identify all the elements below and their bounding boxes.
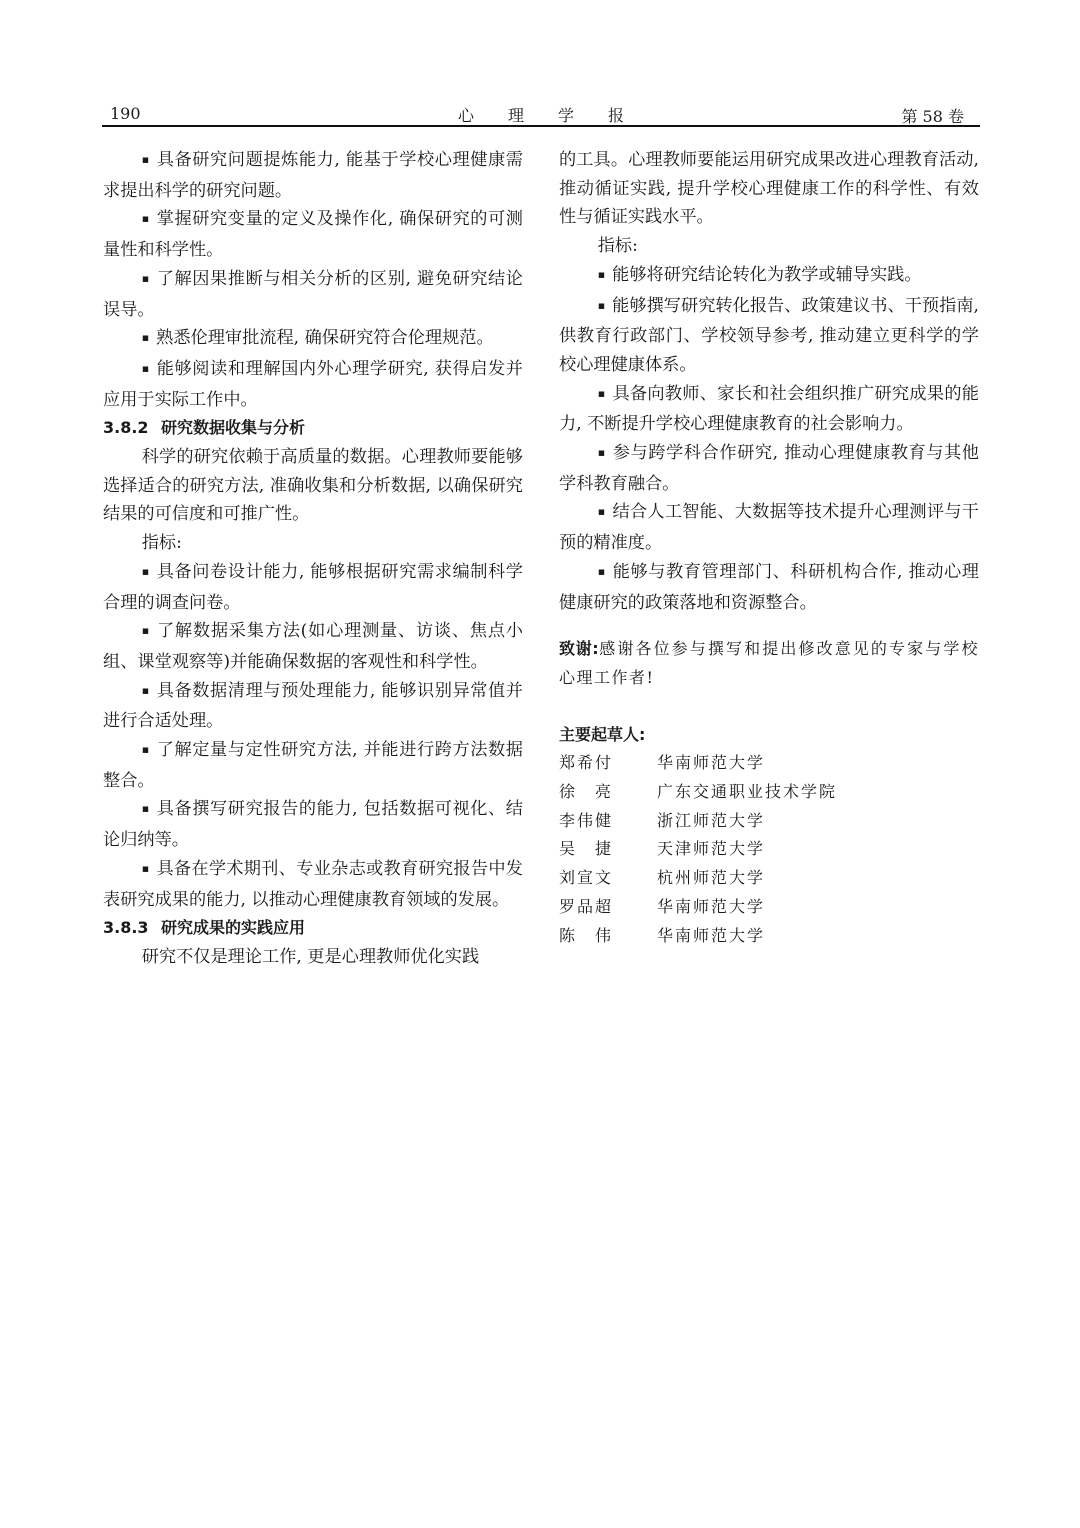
right-column: 的工具。心理教师要能运用研究成果改进心理教育活动, 推动循证实践, 提升学校心理… [559, 146, 979, 950]
drafter-name: 刘宣文 [559, 864, 657, 893]
drafter-affiliation: 杭州师范大学 [657, 864, 765, 893]
bullet-item: 具备向教师、家长和社会组织推广研究成果的能力, 不断提升学校心理健康教育的社会影… [559, 380, 979, 439]
header-rule [102, 125, 980, 127]
bullet-item: 能够与教育管理部门、科研机构合作, 推动心理健康研究的政策落地和资源整合。 [559, 558, 979, 617]
bullet-item: 能够撰写研究转化报告、政策建议书、干预指南, 供教育行政部门、学校领导参考, 推… [559, 292, 979, 380]
bullet-item: 具备撰写研究报告的能力, 包括数据可视化、结论归纳等。 [103, 795, 523, 854]
section-paragraph: 科学的研究依赖于高质量的数据。心理教师要能够选择适合的研究方法, 准确收集和分析… [103, 443, 523, 529]
running-header: 190 心理学报 第 58 卷 [102, 100, 980, 126]
indicators-label: 指标: [559, 232, 979, 261]
drafter-name: 郑希付 [559, 749, 657, 778]
bullet-item: 能够阅读和理解国内外心理学研究, 获得启发并应用于实际工作中。 [103, 355, 523, 414]
drafter-name: 吴 捷 [559, 835, 657, 864]
drafter-affiliation: 浙江师范大学 [657, 807, 765, 836]
bullet-item: 了解因果推断与相关分析的区别, 避免研究结论误导。 [103, 265, 523, 324]
drafter-affiliation: 广东交通职业技术学院 [657, 778, 837, 807]
volume-label: 第 58 卷 [901, 104, 964, 127]
section-heading-3-8-3: 3.8.3研究成果的实践应用 [103, 914, 523, 943]
drafter-name: 徐 亮 [559, 778, 657, 807]
bullet-item: 掌握研究变量的定义及操作化, 确保研究的可测量性和科学性。 [103, 205, 523, 264]
drafter-row: 李伟健浙江师范大学 [559, 807, 979, 836]
section-title: 研究数据收集与分析 [161, 418, 305, 437]
drafter-name: 罗品超 [559, 893, 657, 922]
drafter-name: 李伟健 [559, 807, 657, 836]
drafter-row: 徐 亮广东交通职业技术学院 [559, 778, 979, 807]
section-number: 3.8.2 [103, 414, 161, 443]
drafter-row: 罗品超华南师范大学 [559, 893, 979, 922]
bullet-item: 结合人工智能、大数据等技术提升心理测评与干预的精准度。 [559, 498, 979, 557]
drafter-affiliation: 华南师范大学 [657, 893, 765, 922]
bullet-item: 能够将研究结论转化为教学或辅导实践。 [559, 261, 979, 292]
bullet-item: 具备在学术期刊、专业杂志或教育研究报告中发表研究成果的能力, 以推动心理健康教育… [103, 855, 523, 914]
section-paragraph: 研究不仅是理论工作, 更是心理教师优化实践 [103, 943, 523, 972]
acknowledgement-label: 致谢: [559, 639, 599, 658]
bullet-item: 具备研究问题提炼能力, 能基于学校心理健康需求提出科学的研究问题。 [103, 146, 523, 205]
bullet-item: 参与跨学科合作研究, 推动心理健康教育与其他学科教育融合。 [559, 439, 979, 498]
section-number: 3.8.3 [103, 914, 161, 943]
section-paragraph-continued: 的工具。心理教师要能运用研究成果改进心理教育活动, 推动循证实践, 提升学校心理… [559, 146, 979, 232]
drafters-title: 主要起草人: [559, 721, 979, 750]
indicators-label: 指标: [103, 529, 523, 558]
acknowledgement: 致谢:感谢各位参与撰写和提出修改意见的专家与学校心理工作者! [559, 635, 979, 692]
drafter-row: 郑希付华南师范大学 [559, 749, 979, 778]
bullet-item: 了解定量与定性研究方法, 并能进行跨方法数据整合。 [103, 736, 523, 795]
drafter-affiliation: 天津师范大学 [657, 835, 765, 864]
drafter-row: 吴 捷天津师范大学 [559, 835, 979, 864]
bullet-item: 具备数据清理与预处理能力, 能够识别异常值并进行合适处理。 [103, 677, 523, 736]
drafter-row: 陈 伟华南师范大学 [559, 922, 979, 951]
section-title: 研究成果的实践应用 [161, 918, 305, 937]
section-heading-3-8-2: 3.8.2研究数据收集与分析 [103, 414, 523, 443]
drafter-name: 陈 伟 [559, 922, 657, 951]
drafter-affiliation: 华南师范大学 [657, 922, 765, 951]
drafter-row: 刘宣文杭州师范大学 [559, 864, 979, 893]
drafter-affiliation: 华南师范大学 [657, 749, 765, 778]
bullet-item: 了解数据采集方法(如心理测量、访谈、焦点小组、课堂观察等)并能确保数据的客观性和… [103, 617, 523, 676]
bullet-item: 具备问卷设计能力, 能够根据研究需求编制科学合理的调查问卷。 [103, 558, 523, 617]
acknowledgement-text: 感谢各位参与撰写和提出修改意见的专家与学校心理工作者! [559, 639, 979, 687]
bullet-item: 熟悉伦理审批流程, 确保研究符合伦理规范。 [103, 324, 523, 355]
left-column: 具备研究问题提炼能力, 能基于学校心理健康需求提出科学的研究问题。 掌握研究变量… [103, 146, 523, 972]
journal-title: 心理学报 [102, 103, 980, 126]
